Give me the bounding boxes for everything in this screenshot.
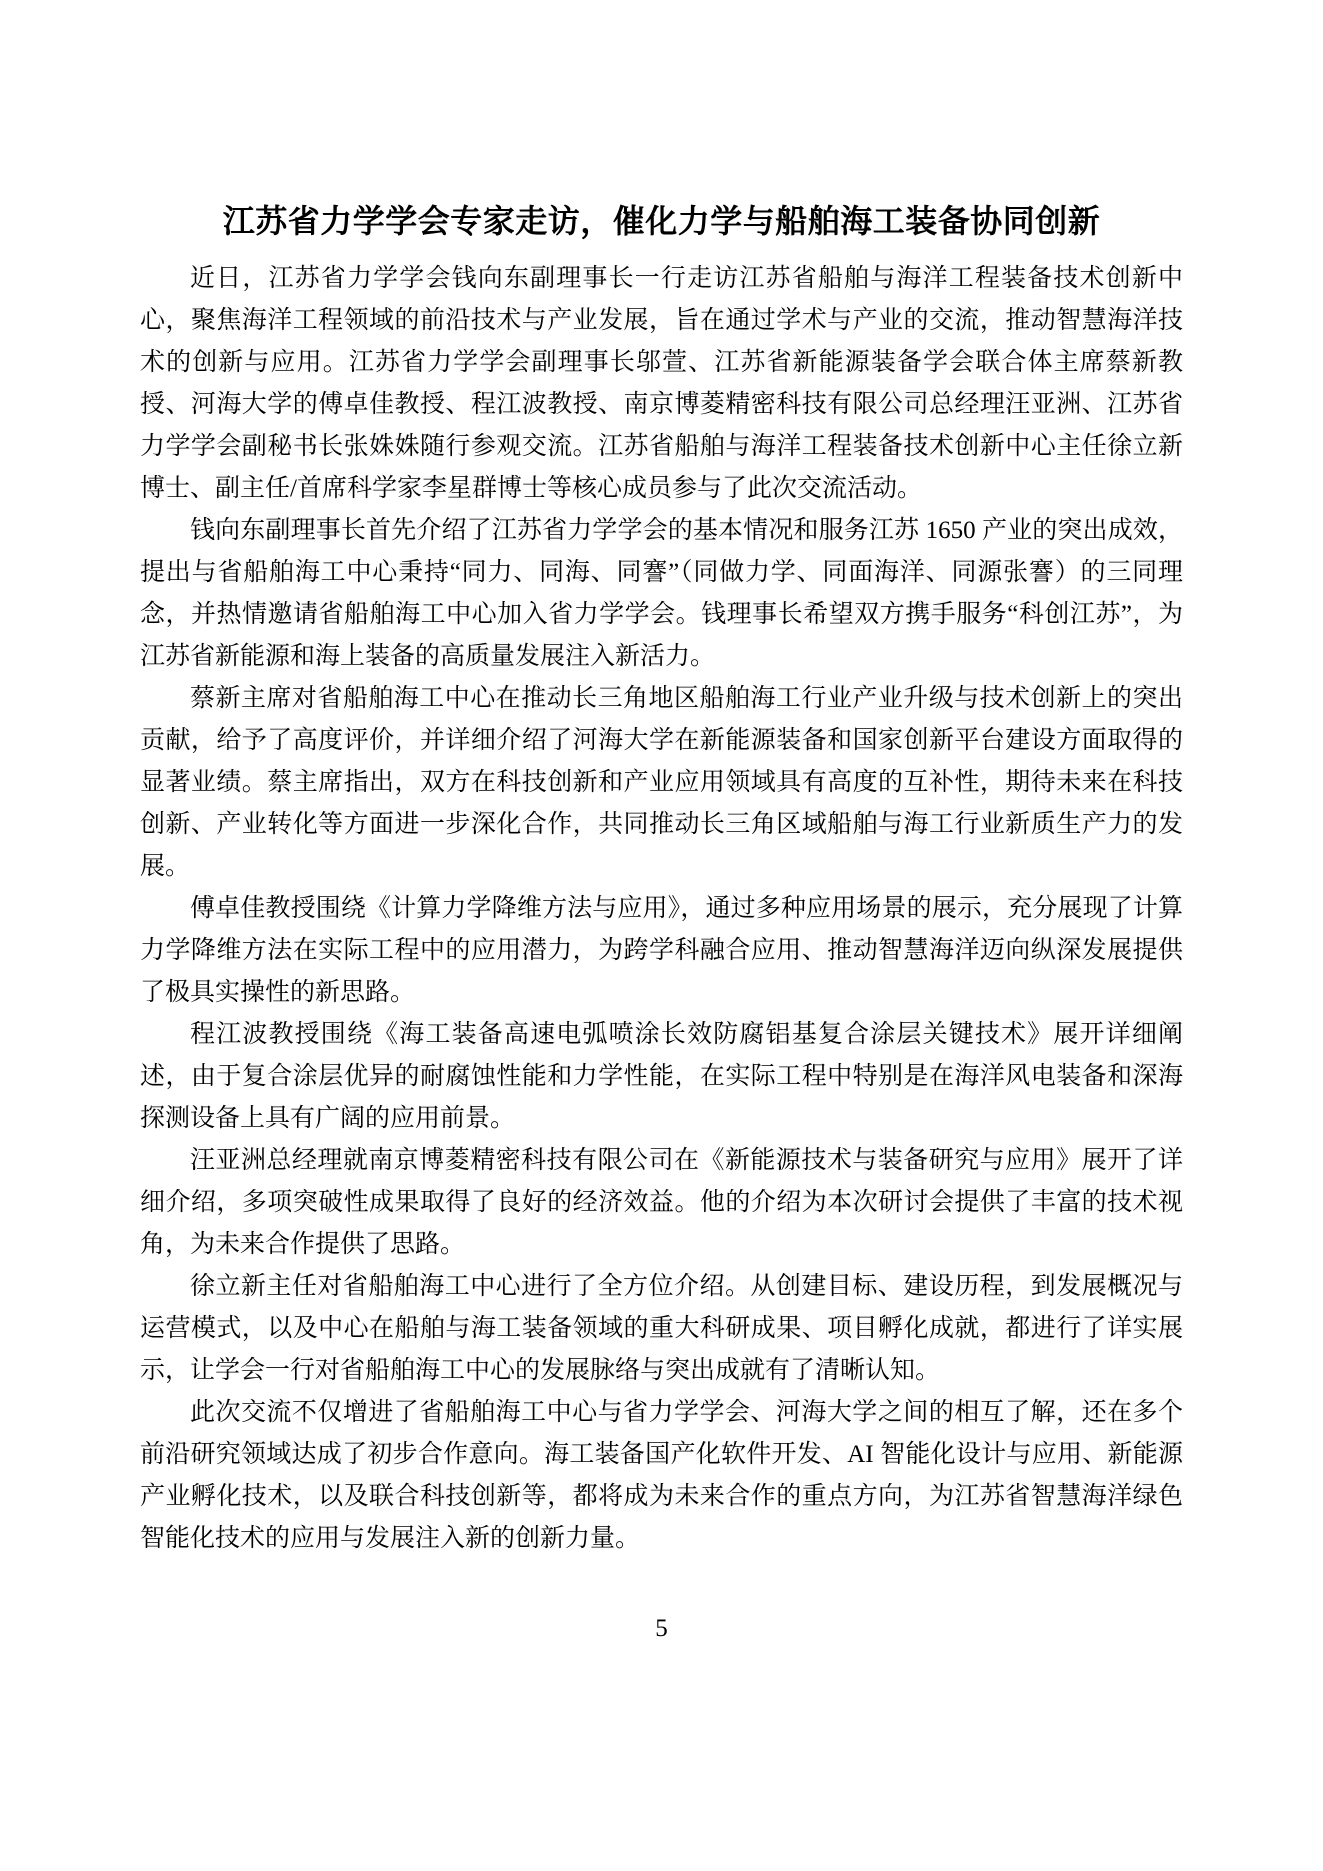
paragraph-3: 蔡新主席对省船舶海工中心在推动长三角地区船舶海工行业产业升级与技术创新上的突出贡…: [140, 678, 1183, 888]
paragraph-1: 近日，江苏省力学学会钱向东副理事长一行走访江苏省船舶与海洋工程装备技术创新中心，…: [140, 258, 1183, 510]
paragraph-4: 傅卓佳教授围绕《计算力学降维方法与应用》，通过多种应用场景的展示，充分展现了计算…: [140, 888, 1183, 1014]
paragraph-6: 汪亚洲总经理就南京博菱精密科技有限公司在《新能源技术与装备研究与应用》展开了详细…: [140, 1140, 1183, 1266]
document-body: 近日，江苏省力学学会钱向东副理事长一行走访江苏省船舶与海洋工程装备技术创新中心，…: [140, 258, 1183, 1560]
paragraph-7: 徐立新主任对省船舶海工中心进行了全方位介绍。从创建目标、建设历程，到发展概况与运…: [140, 1266, 1183, 1392]
document-page: 江苏省力学学会专家走访，催化力学与船舶海工装备协同创新 近日，江苏省力学学会钱向…: [0, 0, 1323, 1871]
document-title: 江苏省力学学会专家走访，催化力学与船舶海工装备协同创新: [140, 0, 1183, 240]
paragraph-2: 钱向东副理事长首先介绍了江苏省力学学会的基本情况和服务江苏 1650 产业的突出…: [140, 510, 1183, 678]
paragraph-8: 此次交流不仅增进了省船舶海工中心与省力学学会、河海大学之间的相互了解，还在多个前…: [140, 1392, 1183, 1560]
page-number: 5: [140, 1608, 1183, 1650]
paragraph-5: 程江波教授围绕《海工装备高速电弧喷涂长效防腐铝基复合涂层关键技术》展开详细阐述，…: [140, 1014, 1183, 1140]
